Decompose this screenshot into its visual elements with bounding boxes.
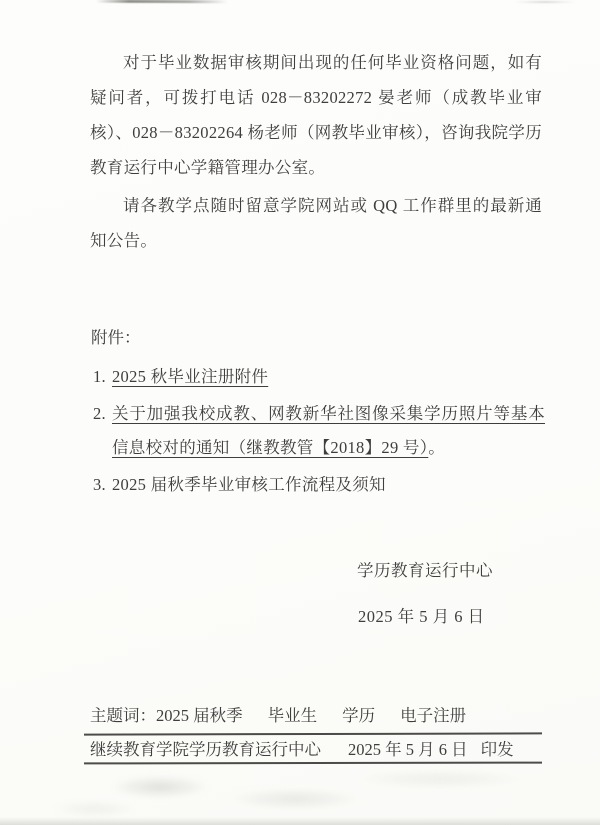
footer-issuer: 继续教育学院学历教育运行中心 (90, 740, 321, 759)
attachment-number: 3. (93, 468, 106, 502)
attachment-title: 2025 届秋季毕业审核工作流程及须知 (112, 475, 386, 494)
attachment-item-3: 3. 2025 届秋季毕业审核工作流程及须知 (93, 468, 545, 502)
attachment-item-1: 1. 2025 秋毕业注册附件 (93, 360, 545, 394)
subject-term: 2025 届秋季 (156, 706, 243, 725)
footer-subject-line: 主题词：2025 届秋季毕业生学历电子注册 (90, 706, 542, 726)
paragraph-contact-info: 对于毕业数据审核期间出现的任何毕业资格问题，如有疑问者，可拨打电话 028－83… (90, 45, 542, 185)
scanned-document-page: 对于毕业数据审核期间出现的任何毕业资格问题，如有疑问者，可拨打电话 028－83… (0, 0, 600, 825)
attachment-number: 2. (93, 397, 106, 431)
subject-term: 毕业生 (268, 706, 318, 725)
footer-print-label: 印发 (481, 740, 514, 759)
scan-artifact-bottom-edge (0, 817, 600, 825)
scan-edge-artifact-top-right (515, 1, 575, 3)
paragraph-latest-notice: 请各教学点随时留意学院网站或 QQ 工作群里的最新通知公告。 (90, 188, 542, 258)
footer-rule-bottom (84, 762, 542, 765)
attachment-number: 1. (93, 360, 106, 394)
footer-issuer-line: 继续教育学院学历教育运行中心 2025 年 5 月 6 日印发 (90, 740, 542, 760)
attachment-suffix: 。 (428, 438, 445, 457)
footer-rule-top (84, 732, 542, 735)
attachment-item-2: 2. 关于加强我校成教、网教新华社图像采集学历照片等基本信息校对的通知（继教教管… (93, 397, 545, 465)
subject-term: 电子注册 (400, 706, 466, 725)
scan-artifact-bottom-blotches (0, 765, 600, 825)
footer-issue-date-group: 2025 年 5 月 6 日印发 (348, 740, 514, 760)
subject-label: 主题词： (90, 706, 156, 725)
attachment-title: 2025 秋毕业注册附件 (112, 367, 268, 386)
attachment-title: 关于加强我校成教、网教新华社图像采集学历照片等基本信息校对的通知（继教教管【20… (112, 404, 545, 457)
attachments-list: 1. 2025 秋毕业注册附件 2. 关于加强我校成教、网教新华社图像采集学历照… (93, 360, 545, 505)
scan-edge-artifact-top (96, 0, 228, 3)
signature-date: 2025 年 5 月 6 日 (358, 607, 485, 627)
subject-term: 学历 (342, 706, 375, 725)
signature-org: 学历教育运行中心 (357, 561, 493, 581)
attachments-label: 附件： (91, 328, 141, 348)
footer-issue-date: 2025 年 5 月 6 日 (348, 740, 468, 759)
